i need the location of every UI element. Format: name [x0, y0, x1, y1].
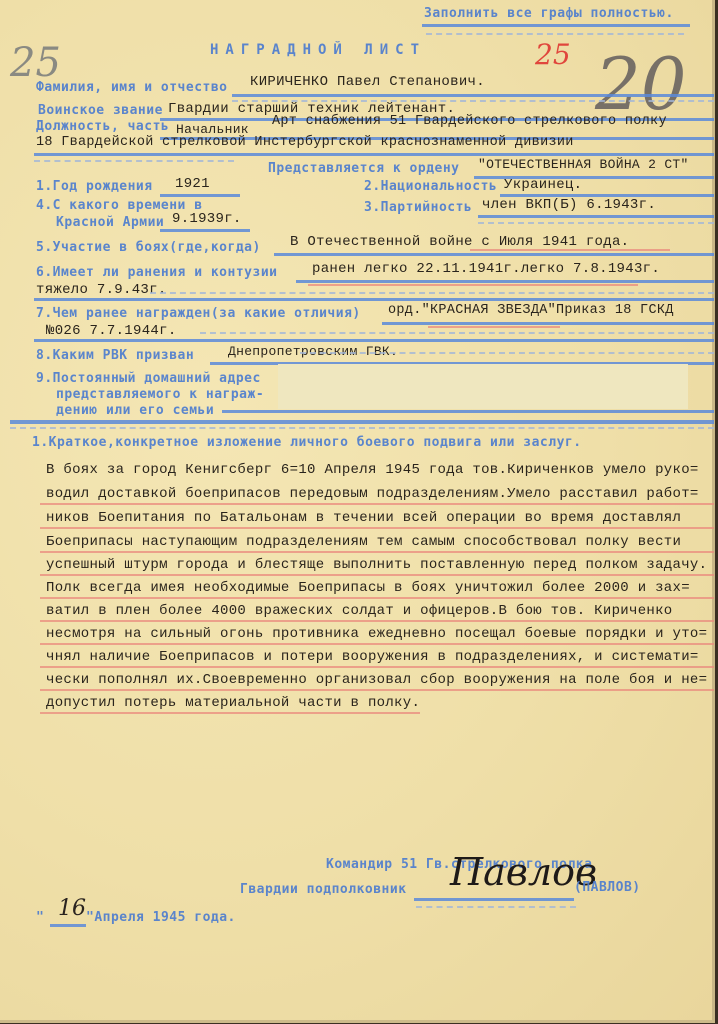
full-name-label: Фамилия, имя и отчество [36, 80, 228, 95]
prior-awards-label: 7.Чем ранее награжден(за какие отличия) [36, 306, 361, 321]
address-label-line1: 9.Постоянный домашний адрес [36, 371, 261, 386]
army-since-label-line2: Красной Армии [56, 215, 164, 230]
summary-line: ватил в плен более 4000 вражеских солдат… [46, 603, 673, 619]
enlisted-by-label: 8.Каким РВК призван [36, 348, 194, 363]
address-label-line2: представляемого к награж- [56, 387, 264, 402]
birth-year-value: 1921 [175, 176, 210, 192]
date-text: "Апреля 1945 года. [86, 910, 236, 925]
wounds-label: 6.Имеет ли ранения и контузии [36, 265, 277, 280]
position-value: Арт снабжения 51 Гвардейского стрелковог… [272, 114, 667, 129]
party-label: 3.Партийность [364, 200, 472, 215]
prior-awards-value: орд."КРАСНАЯ ЗВЕЗДА"Приказ 18 ГСКД [388, 303, 674, 318]
award-label: Представляется к ордену [268, 161, 460, 176]
summary-line: Полк всегда имея необходимые Боеприпасы … [46, 580, 690, 596]
nationality-value: Украинец. [504, 177, 582, 193]
wounds-value: ранен легко 22.11.1941г.легко 7.8.1943г. [312, 261, 660, 277]
fill-all-fields-instruction: Заполнить все графы полностью. [424, 6, 674, 21]
position-label: Должность, часть [36, 119, 169, 134]
summary-heading: 1.Краткое,конкретное изложение личного б… [32, 435, 582, 450]
redacted-address-area [278, 364, 688, 409]
birth-year-label: 1.Год рождения [36, 179, 153, 194]
nationality-label: 2.Национальность [364, 179, 497, 194]
battles-value: В Отечественной войне с Июля 1941 года. [290, 234, 629, 250]
full-name-value: КИРИЧЕНКО Павел Степанович. [250, 74, 485, 90]
prior-awards-value-line2: №026 7.7.1944г. [46, 323, 177, 339]
summary-line: В боях за город Кенигсберг 6=10 Апреля 1… [46, 462, 699, 478]
address-label-line3: дению или его семьи [56, 403, 214, 418]
summary-line: чески пополнял их.Своевременно организов… [46, 672, 707, 688]
position-value-line2: 18 Гвардейской стрелковой Инстербургской… [36, 135, 574, 150]
summary-line: допустил потерь материальной части в пол… [46, 695, 420, 711]
battles-label: 5.Участие в боях(где,когда) [36, 240, 261, 255]
army-since-value: 9.1939г. [172, 211, 242, 227]
wounds-value-line2: тяжело 7.9.43г. [36, 282, 167, 298]
handwritten-number-red: 25 [535, 38, 571, 71]
summary-line: несмотря на сильный огонь противника еже… [46, 626, 707, 642]
summary-line: чнял наличие Боеприпасов и потери вооруж… [46, 649, 699, 665]
commander-name: (ПАВЛОВ) [574, 880, 641, 895]
award-sheet-page: Заполнить все графы полностью. НАГРАДНОЙ… [0, 0, 715, 1023]
document-title: НАГРАДНОЙ ЛИСТ [210, 42, 426, 58]
party-value: член ВКП(Б) 6.1943г. [482, 197, 656, 213]
date-day-handwritten: 16 [58, 896, 86, 921]
summary-line: успешный штурм города и блестяще выполни… [46, 557, 707, 573]
commander-rank: Гвардии подполковник [240, 882, 407, 897]
summary-line: водил доставкой боеприпасов передовым по… [46, 486, 699, 502]
rank-label: Воинское звание [38, 103, 163, 118]
summary-line: Боеприпасы наступающим подразделениям те… [46, 534, 681, 550]
award-value: "ОТЕЧЕСТВЕННАЯ ВОЙНА 2 СТ" [478, 157, 689, 172]
summary-line: ников Боепитания по Батальонам в течении… [46, 510, 681, 526]
